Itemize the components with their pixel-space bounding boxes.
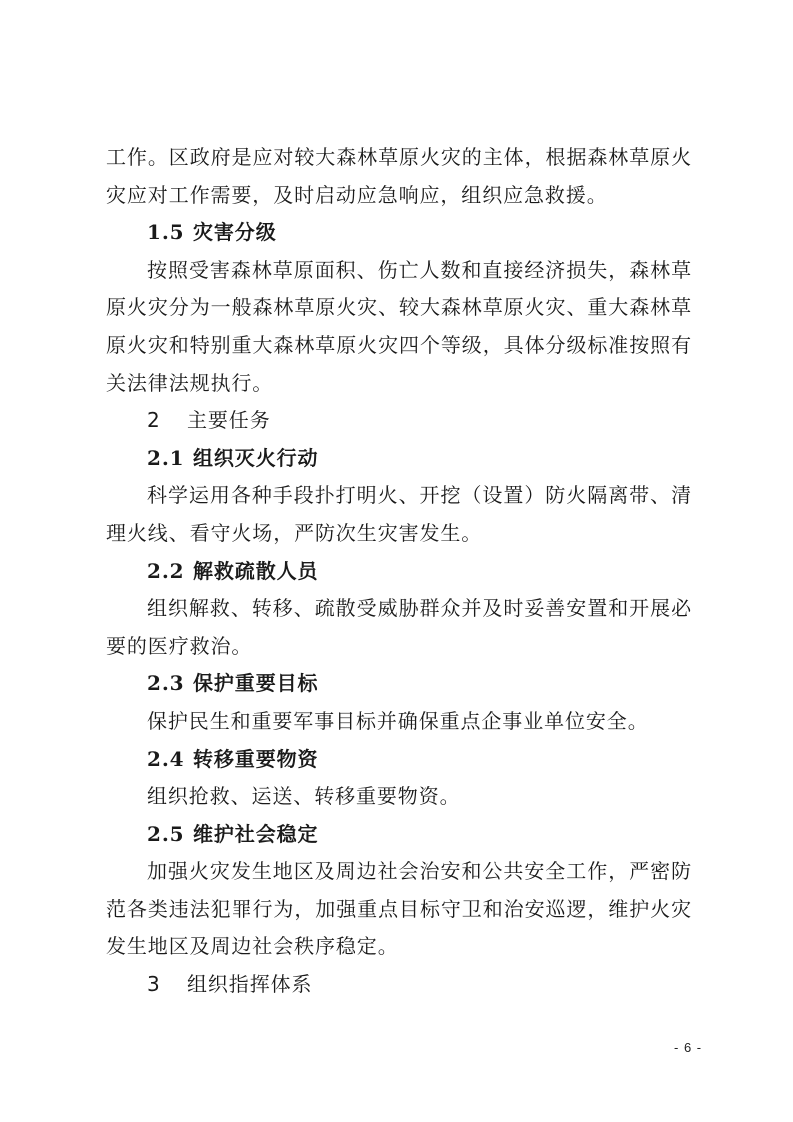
section-number: 2.3 xyxy=(147,665,193,703)
section-heading-2-2: 2.2解救疏散人员 xyxy=(106,553,692,591)
body-line: 原火灾和特别重大森林草原火灾四个等级，具体分级标准按照有 xyxy=(106,327,692,365)
document-page: 工作。区政府是应对较大森林草原火灾的主体，根据森林草原火 灾应对工作需要，及时启… xyxy=(106,139,692,1004)
body-line: 理火线、看守火场，严防次生灾害发生。 xyxy=(106,515,692,553)
section-number: 2.4 xyxy=(147,741,193,779)
body-line: 组织解救、转移、疏散受威胁群众并及时妥善安置和开展必 xyxy=(106,590,692,628)
section-number: 2.1 xyxy=(147,440,193,478)
section-number: 1.5 xyxy=(147,214,193,252)
section-title: 解救疏散人员 xyxy=(193,559,318,583)
chapter-number: 2 xyxy=(147,402,187,440)
section-heading-2-1: 2.1组织灭火行动 xyxy=(106,440,692,478)
body-line: 关法律法规执行。 xyxy=(106,365,692,403)
section-title: 维护社会稳定 xyxy=(193,822,318,846)
chapter-title: 组织指挥体系 xyxy=(187,972,312,996)
section-heading-2-3: 2.3保护重要目标 xyxy=(106,665,692,703)
section-number: 2.2 xyxy=(147,553,193,591)
body-line: 范各类违法犯罪行为，加强重点目标守卫和治安巡逻，维护火灾 xyxy=(106,891,692,929)
section-heading-1-5: 1.5灾害分级 xyxy=(106,214,692,252)
body-line: 保护民生和重要军事目标并确保重点企事业单位安全。 xyxy=(106,703,692,741)
body-line: 工作。区政府是应对较大森林草原火灾的主体，根据森林草原火 xyxy=(106,139,692,177)
body-line: 按照受害森林草原面积、伤亡人数和直接经济损失，森林草 xyxy=(106,252,692,290)
body-line: 加强火灾发生地区及周边社会治安和公共安全工作，严密防 xyxy=(106,853,692,891)
chapter-heading-2: 2主要任务 xyxy=(106,402,692,440)
section-title: 灾害分级 xyxy=(193,220,277,244)
section-title: 组织灭火行动 xyxy=(193,446,318,470)
body-line: 要的医疗救治。 xyxy=(106,628,692,666)
section-heading-2-5: 2.5维护社会稳定 xyxy=(106,816,692,854)
section-heading-2-4: 2.4转移重要物资 xyxy=(106,741,692,779)
body-line: 灾应对工作需要，及时启动应急响应，组织应急救援。 xyxy=(106,177,692,215)
section-number: 2.5 xyxy=(147,816,193,854)
body-line: 原火灾分为一般森林草原火灾、较大森林草原火灾、重大森林草 xyxy=(106,289,692,327)
body-line: 科学运用各种手段扑打明火、开挖（设置）防火隔离带、清 xyxy=(106,477,692,515)
chapter-number: 3 xyxy=(147,966,187,1004)
chapter-title: 主要任务 xyxy=(187,408,271,432)
chapter-heading-3: 3组织指挥体系 xyxy=(106,966,692,1004)
body-line: 发生地区及周边社会秩序稳定。 xyxy=(106,928,692,966)
section-title: 转移重要物资 xyxy=(193,747,318,771)
body-line: 组织抢救、运送、转移重要物资。 xyxy=(106,778,692,816)
section-title: 保护重要目标 xyxy=(193,671,318,695)
page-number: - 6 - xyxy=(674,1040,702,1055)
